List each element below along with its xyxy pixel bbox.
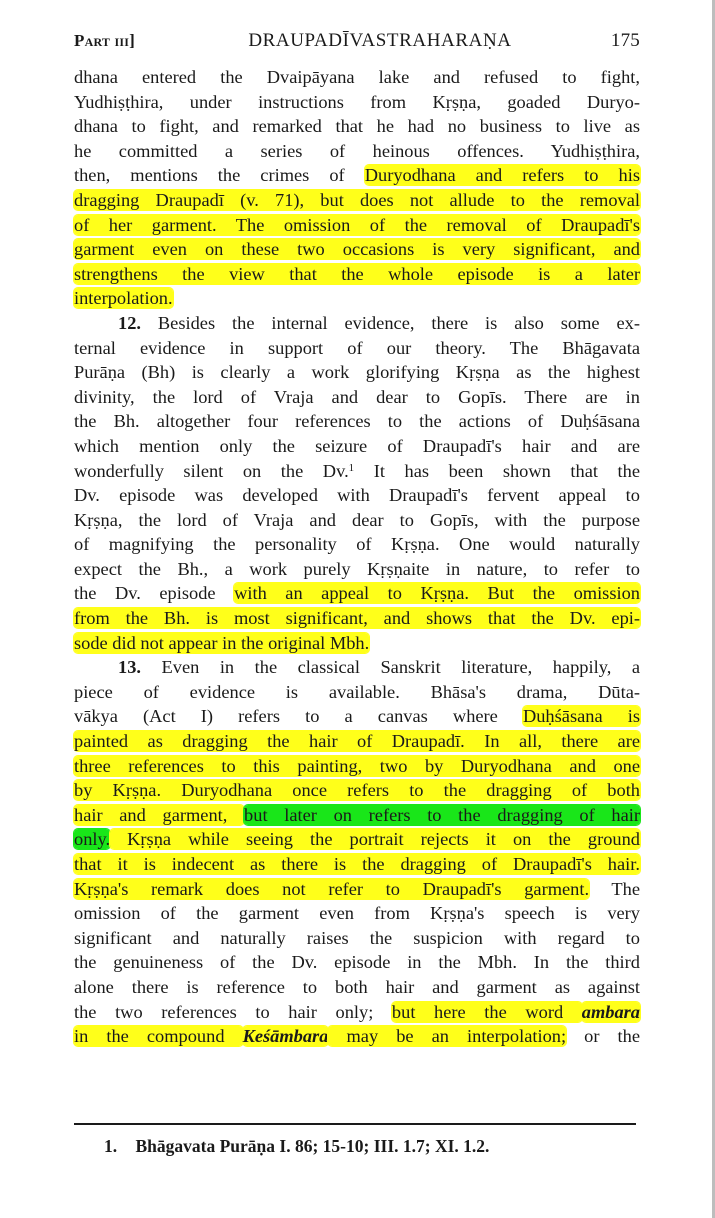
text-span: ternal evidence in support of our theory…: [74, 338, 640, 358]
text-line: Kṛṣṇa's remark does not refer to Draupad…: [74, 877, 640, 902]
footnote: 1. Bhāgavata Purāṇa I. 86; 15-10; III. 1…: [104, 1136, 489, 1157]
text-line: hair and garment, but later on refers to…: [74, 803, 640, 828]
highlight-yellow: Kṛṣṇa while seeing the portrait rejects …: [110, 829, 640, 849]
text-line: interpolation.: [74, 286, 640, 311]
text-line: significant and naturally raises the sus…: [74, 926, 640, 951]
part-label: Part iii]: [74, 31, 135, 51]
book-page: Part iii] DRAUPADĪVASTRAHARAṆA 175 dhana…: [74, 30, 640, 1049]
text-line: strengthens the view that the whole epis…: [74, 262, 640, 287]
highlight-yellow: Keśāmbara: [243, 1026, 329, 1046]
text-span: piece of evidence is available. Bhāsa's …: [74, 682, 640, 702]
text-line: dragging Draupadī (v. 71), but does not …: [74, 188, 640, 213]
text-line: Yudhiṣṭhira, under instructions from Kṛṣ…: [74, 90, 640, 115]
text-line: he committed a series of heinous offence…: [74, 139, 640, 164]
highlight-green: but later on refers to the dragging of h…: [244, 805, 640, 825]
text-span: Kṛṣṇa, the lord of Vraja and dear to Gop…: [74, 510, 640, 530]
text-span: the genuineness of the Dv. episode in th…: [74, 952, 640, 972]
highlight-yellow: Kṛṣṇa's remark does not refer to Draupad…: [74, 879, 589, 899]
text-line: Dv. episode was developed with Draupadī'…: [74, 483, 640, 508]
text-line: the Bh. altogether four references to th…: [74, 409, 640, 434]
text-line: vākya (Act I) refers to a canvas where D…: [74, 704, 640, 729]
highlight-yellow: of her garment. The omission of the remo…: [74, 215, 640, 235]
text-line: ternal evidence in support of our theory…: [74, 336, 640, 361]
highlight-yellow: from the Bh. is most significant, and sh…: [74, 608, 640, 628]
text-span: of magnifying the personality of Kṛṣṇa. …: [74, 534, 640, 554]
text-span: then, mentions the crimes of: [74, 165, 365, 185]
text-span: Dv. episode was developed with Draupadī'…: [74, 485, 640, 505]
text-span: The: [589, 879, 640, 899]
text-span: Besides the internal evidence, there is …: [141, 313, 640, 333]
text-line: wonderfully silent on the Dv.1 It has be…: [74, 459, 640, 484]
text-line: then, mentions the crimes of Duryodhana …: [74, 163, 640, 188]
text-span: vākya (Act I) refers to a canvas where: [74, 706, 523, 726]
text-line: 12. Besides the internal evidence, there…: [74, 311, 640, 336]
text-line: the Dv. episode with an appeal to Kṛṣṇa.…: [74, 581, 640, 606]
text-line: only. Kṛṣṇa while seeing the portrait re…: [74, 827, 640, 852]
highlight-yellow: sode did not appear in the original Mbh.: [74, 633, 369, 653]
highlight-yellow: but here the word: [392, 1002, 582, 1022]
text-span: 13.: [118, 657, 141, 677]
text-line: painted as dragging the hair of Draupadī…: [74, 729, 640, 754]
text-span: Even in the classical Sanskrit literatur…: [141, 657, 640, 677]
text-line: sode did not appear in the original Mbh.: [74, 631, 640, 656]
chapter-title: DRAUPADĪVASTRAHARAṆA: [248, 30, 511, 52]
body-text: dhana entered the Dvaipāyana lake and re…: [74, 65, 640, 1049]
text-line: the genuineness of the Dv. episode in th…: [74, 950, 640, 975]
highlight-yellow: with an appeal to Kṛṣṇa. But the omissio…: [234, 583, 640, 603]
running-head: Part iii] DRAUPADĪVASTRAHARAṆA 175: [74, 30, 640, 60]
text-span: significant and naturally raises the sus…: [74, 928, 640, 948]
highlight-yellow: hair and garment,: [74, 805, 244, 825]
text-line: the two references to hair only; but her…: [74, 1000, 640, 1025]
highlight-yellow: three references to this painting, two b…: [74, 756, 640, 776]
footnote-text: Bhāgavata Purāṇa I. 86; 15-10; III. 1.7;…: [136, 1136, 490, 1156]
text-span: the Dv. episode: [74, 583, 234, 603]
text-span: 12.: [118, 313, 141, 333]
highlight-yellow: by Kṛṣṇa. Duryodhana once refers to the …: [74, 780, 640, 800]
text-line: that it is indecent as there is the drag…: [74, 852, 640, 877]
text-line: expect the Bh., a work purely Kṛṣṇaite i…: [74, 557, 640, 582]
text-line: 13. Even in the classical Sanskrit liter…: [74, 655, 640, 680]
text-line: Purāṇa (Bh) is clearly a work glorifying…: [74, 360, 640, 385]
highlight-green: only.: [74, 829, 110, 849]
highlight-yellow: dragging Draupadī (v. 71), but does not …: [74, 190, 640, 210]
text-span: Purāṇa (Bh) is clearly a work glorifying…: [74, 362, 640, 382]
text-line: by Kṛṣṇa. Duryodhana once refers to the …: [74, 778, 640, 803]
text-span: alone there is reference to both hair an…: [74, 977, 640, 997]
highlight-yellow: strengthens the view that the whole epis…: [74, 264, 640, 284]
highlight-yellow: ambara: [582, 1002, 640, 1022]
text-span: It has been shown that the: [354, 461, 640, 481]
text-span: divinity, the lord of Vraja and dear to …: [74, 387, 640, 407]
text-span: dhana to fight, and remarked that he had…: [74, 116, 640, 136]
text-line: dhana entered the Dvaipāyana lake and re…: [74, 65, 640, 90]
text-line: in the compound Keśāmbara may be an inte…: [74, 1024, 640, 1049]
text-line: of her garment. The omission of the remo…: [74, 213, 640, 238]
text-span: wonderfully silent on the Dv.: [74, 461, 349, 481]
text-line: garment even on these two occasions is v…: [74, 237, 640, 262]
highlight-yellow: painted as dragging the hair of Draupadī…: [74, 731, 640, 751]
text-line: of magnifying the personality of Kṛṣṇa. …: [74, 532, 640, 557]
highlight-yellow: Duryodhana and refers to his: [365, 165, 640, 185]
text-line: Kṛṣṇa, the lord of Vraja and dear to Gop…: [74, 508, 640, 533]
text-span: expect the Bh., a work purely Kṛṣṇaite i…: [74, 559, 640, 579]
text-line: piece of evidence is available. Bhāsa's …: [74, 680, 640, 705]
footnote-rule: [74, 1123, 636, 1125]
text-line: three references to this painting, two b…: [74, 754, 640, 779]
text-span: the two references to hair only;: [74, 1002, 392, 1022]
highlight-yellow: may be an interpolation;: [328, 1026, 566, 1046]
text-span: which mention only the seizure of Draupa…: [74, 436, 640, 456]
text-line: divinity, the lord of Vraja and dear to …: [74, 385, 640, 410]
text-line: from the Bh. is most significant, and sh…: [74, 606, 640, 631]
text-line: omission of the garment even from Kṛṣṇa'…: [74, 901, 640, 926]
text-span: omission of the garment even from Kṛṣṇa'…: [74, 903, 640, 923]
highlight-yellow: Duḥśāsana is: [523, 706, 640, 726]
text-line: alone there is reference to both hair an…: [74, 975, 640, 1000]
highlight-yellow: that it is indecent as there is the drag…: [74, 854, 640, 874]
footnote-number: 1.: [104, 1136, 117, 1156]
text-span: or the: [566, 1026, 640, 1046]
page-number: 175: [611, 30, 640, 52]
text-line: dhana to fight, and remarked that he had…: [74, 114, 640, 139]
text-span: dhana entered the Dvaipāyana lake and re…: [74, 67, 640, 87]
text-span: he committed a series of heinous offence…: [74, 141, 640, 161]
text-span: Yudhiṣṭhira, under instructions from Kṛṣ…: [74, 92, 640, 112]
text-line: which mention only the seizure of Draupa…: [74, 434, 640, 459]
highlight-yellow: garment even on these two occasions is v…: [74, 239, 640, 259]
text-span: the Bh. altogether four references to th…: [74, 411, 640, 431]
highlight-yellow: in the compound: [74, 1026, 243, 1046]
highlight-yellow: interpolation.: [74, 288, 173, 308]
